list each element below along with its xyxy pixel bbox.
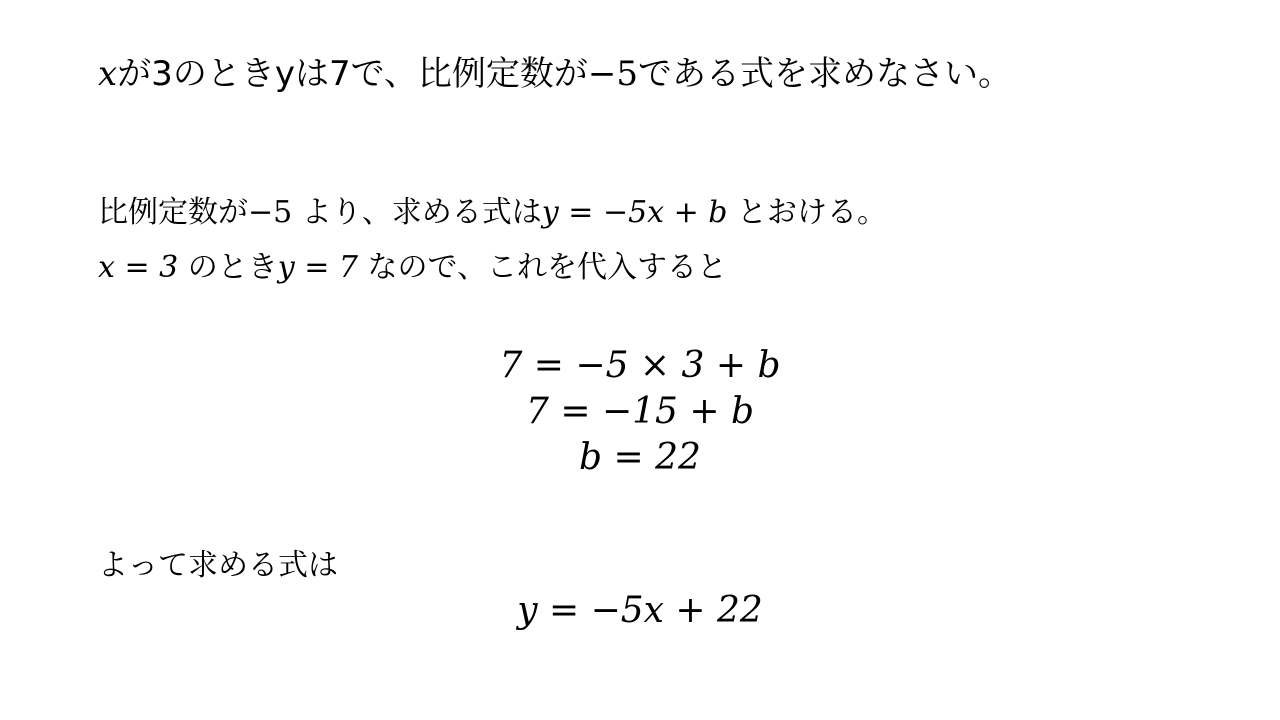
- step1-general-equation: y = −5x + b: [542, 195, 728, 230]
- question-proportional-constant: −5: [588, 54, 638, 94]
- solution-step1: 比例定数が−5 より、求める式はy = −5x + b とおける。: [98, 198, 887, 228]
- step1-middle: より、求める式は: [292, 195, 542, 230]
- equation-result-b: b = 22: [440, 440, 840, 476]
- step1-constant: −5: [248, 195, 292, 230]
- step2-condition-x: x = 3: [98, 250, 178, 285]
- question-part2: である式を求めなさい。: [638, 54, 1012, 94]
- question-variable-x: x: [98, 54, 117, 94]
- step2-condition-y: y = 7: [278, 250, 358, 285]
- step2-middle: のとき: [178, 250, 278, 285]
- slide: xが3のときyは7で、比例定数が−5である式を求めなさい。 比例定数が−5 より…: [0, 0, 1280, 720]
- solution-step2: x = 3 のときy = 7 なので、これを代入すると: [98, 253, 727, 283]
- conclusion-text: よって求める式は: [98, 551, 338, 581]
- equation-substitution: 7 = −5 × 3 + b: [440, 348, 840, 384]
- equation-simplified: 7 = −15 + b: [440, 394, 840, 430]
- question-text: xが3のときyは7で、比例定数が−5である式を求めなさい。: [98, 57, 1012, 91]
- step1-suffix: とおける。: [728, 195, 888, 230]
- step1-prefix: 比例定数が: [98, 195, 248, 230]
- question-part1: が3のときyは7で、比例定数が: [117, 54, 588, 94]
- step2-suffix: なので、これを代入すると: [358, 250, 727, 285]
- final-answer-equation: y = −5x + 22: [440, 593, 840, 629]
